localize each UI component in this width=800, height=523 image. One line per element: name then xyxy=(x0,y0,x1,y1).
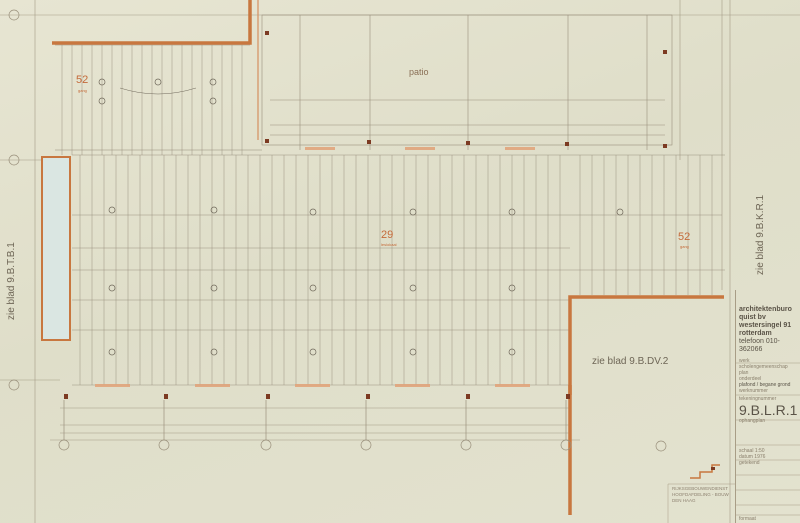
floor-plan-linework xyxy=(0,0,800,523)
window-strip xyxy=(42,157,70,340)
issuer-stamp: RIJKSGEBOUWENDIENST HOOFDAFDELING - BOUW… xyxy=(672,486,729,504)
room-number-52-left: 52 xyxy=(76,74,88,86)
room-number-52-right: 52 xyxy=(678,231,690,243)
firm-phone: telefoon 010-362066 xyxy=(739,338,800,354)
room-label-patio: patio xyxy=(409,67,429,77)
firm-city: rotterdam xyxy=(739,330,800,338)
drawn-by-label: getekend xyxy=(739,460,765,466)
issuer-line-3: DEN HAAG xyxy=(672,498,729,504)
room-name-29: leslokaal xyxy=(381,242,397,247)
format-label: formaat xyxy=(739,516,756,522)
reference-right: zie blad 9.B.K.R.1 xyxy=(755,195,766,275)
drawing-number-sub: ophangplan xyxy=(739,418,797,424)
firm-name-1: architektenburo xyxy=(739,306,800,314)
room-name-52-right: gang xyxy=(680,244,689,249)
room-number-29: 29 xyxy=(381,229,393,241)
reference-lower-right: zie blad 9.B.DV.2 xyxy=(592,356,668,367)
drawing-number: 9.B.L.R.1 xyxy=(739,402,797,418)
field-werknummer-label: werknummer xyxy=(739,388,800,394)
firm-address: westersingel 91 xyxy=(739,322,800,330)
room-name-52-left: gang xyxy=(78,88,87,93)
reference-left: zie blad 9.B.T.B.1 xyxy=(6,242,17,320)
title-block: architektenburo quist bv westersingel 91… xyxy=(735,290,800,523)
drawing-sheet: 52 gang patio 29 leslokaal 52 gang zie b… xyxy=(0,0,800,523)
firm-name-2: quist bv xyxy=(739,314,800,322)
